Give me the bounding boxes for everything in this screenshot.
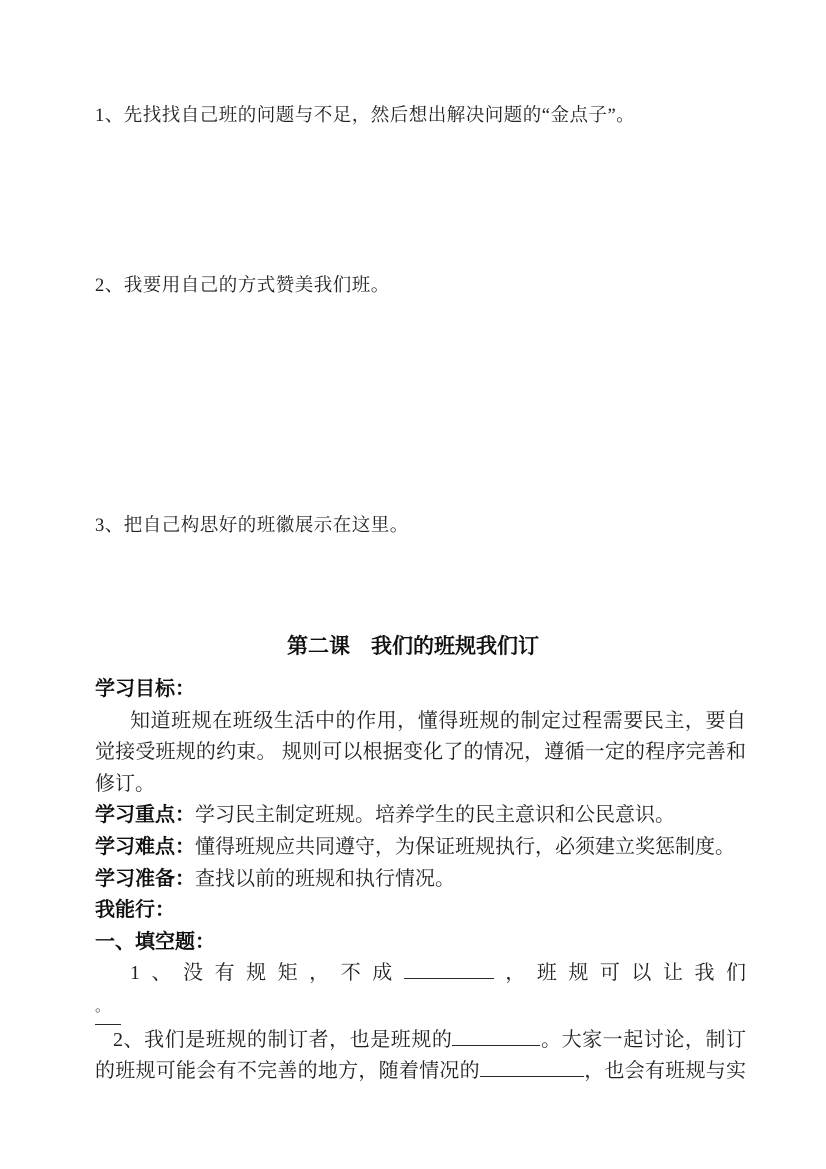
key-point-label: 学习重点： — [95, 804, 195, 826]
goal-line-1: 知道班规在班级生活中的作用，懂得班规的制定过程需要民主，要自 — [95, 706, 746, 738]
activity-item-1: 1、先找找自己班的问题与不足，然后想出解决问题的“金点子”。 — [95, 104, 746, 128]
activity-item-2: 2、我要用自己的方式赞美我们班。 — [95, 274, 746, 298]
goal-line-3: 修订。 — [95, 769, 746, 801]
fill-in-section-heading: 一、填空题： — [95, 927, 746, 959]
i-can-heading: 我能行： — [95, 895, 746, 927]
i-can-label: 我能行： — [95, 899, 175, 921]
question-1-pre: 1、没有规矩，不成 — [130, 962, 404, 984]
question-1-line-2: 。 — [95, 990, 746, 1025]
fill-blank-2 — [452, 1045, 540, 1046]
goal-label: 学习目标： — [95, 678, 195, 700]
document-page: 1、先找找自己班的问题与不足，然后想出解决问题的“金点子”。 2、我要用自己的方… — [0, 0, 826, 1169]
question-1-wrap-char: 。 — [95, 999, 110, 1015]
lesson-title: 第二课 我们的班规我们订 — [0, 630, 826, 660]
key-point-line: 学习重点：学习民主制定班规。培养学生的民主意识和公民意识。 — [95, 800, 746, 832]
preparation-label: 学习准备： — [95, 868, 195, 890]
difficulty-line: 学习难点：懂得班规应共同遵守，为保证班规执行，必须建立奖惩制度。 — [95, 832, 746, 864]
question-1-post: ，班规可以让我们 — [494, 962, 746, 984]
fill-blank-1 — [404, 978, 494, 979]
activity-item-3: 3、把自己构思好的班徽展示在这里。 — [95, 514, 746, 538]
study-section: 学习目标： 知道班规在班级生活中的作用，懂得班规的制定过程需要民主，要自 觉接受… — [95, 674, 746, 1088]
question-2-line-2: 的班规可能会有不完善的地方，随着情况的，也会有班规与实 — [95, 1056, 746, 1088]
question-2-line-2-post: ，也会有班规与实 — [584, 1060, 746, 1082]
question-2-pre: 2、我们是班规的制订者，也是班规的 — [113, 1029, 452, 1051]
difficulty-label: 学习难点： — [95, 836, 195, 858]
question-2-line-1: 2、我们是班规的制订者，也是班规的。大家一起讨论，制订 — [95, 1025, 746, 1057]
fill-blank-3 — [480, 1076, 584, 1077]
goal-heading: 学习目标： — [95, 674, 746, 706]
question-2-mid: 。大家一起讨论，制订 — [540, 1029, 746, 1051]
fill-blank-wrap: 。 — [95, 992, 121, 1025]
fill-in-section-label: 一、填空题： — [95, 931, 215, 953]
goal-line-2: 觉接受班规的约束。 规则可以根据变化了的情况，遵循一定的程序完善和 — [95, 737, 746, 769]
difficulty-text: 懂得班规应共同遵守，为保证班规执行，必须建立奖惩制度。 — [195, 836, 735, 858]
preparation-text: 查找以前的班规和执行情况。 — [195, 868, 455, 890]
preparation-line: 学习准备：查找以前的班规和执行情况。 — [95, 864, 746, 896]
question-1-line-1: 1、没有规矩，不成，班规可以让我们 — [95, 958, 746, 990]
key-point-text: 学习民主制定班规。培养学生的民主意识和公民意识。 — [195, 804, 675, 826]
question-2-line-2-pre: 的班规可能会有不完善的地方，随着情况的 — [95, 1060, 480, 1082]
